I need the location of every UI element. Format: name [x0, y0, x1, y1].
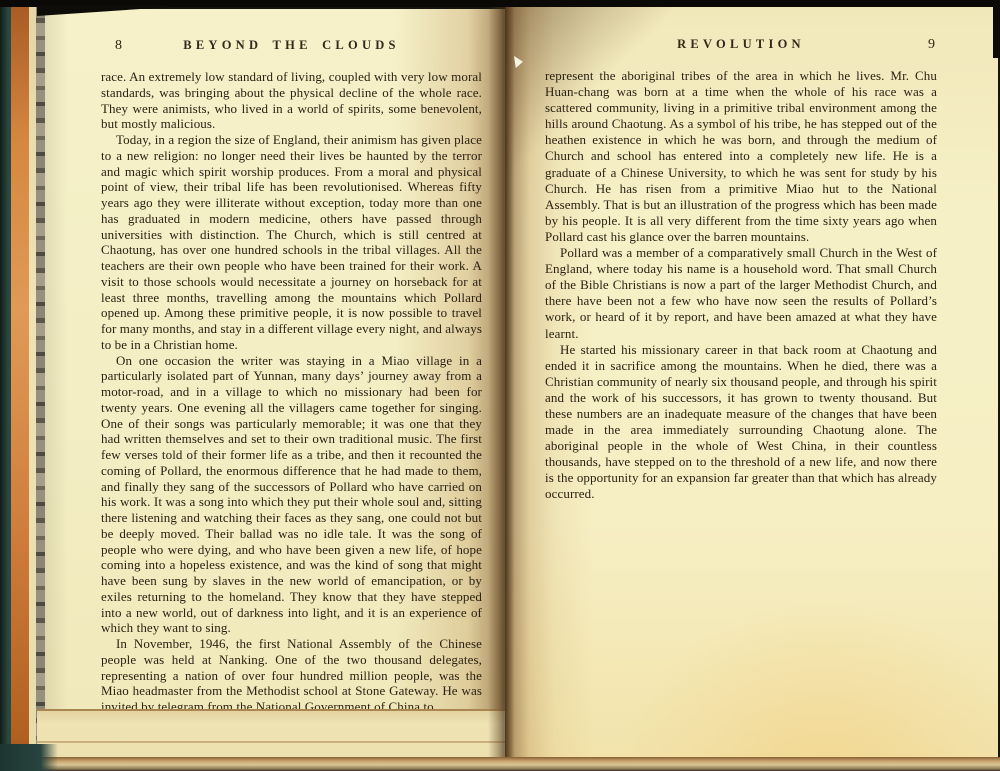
- paragraph: He started his missionary career in that…: [545, 342, 937, 503]
- paragraph: represent the aboriginal tribes of the a…: [545, 68, 937, 245]
- paragraph: On one occasion the writer was staying i…: [101, 353, 482, 637]
- paragraph: In November, 1946, the first National As…: [101, 636, 482, 709]
- paragraph: Today, in a region the size of England, …: [101, 132, 482, 353]
- paragraph: Pollard was a member of a comparatively …: [545, 245, 937, 342]
- right-page-header: REVOLUTION 9: [545, 37, 937, 61]
- book-scan: 8 BEYOND THE CLOUDS race. An extremely l…: [0, 0, 1000, 771]
- running-header-right: REVOLUTION: [545, 37, 937, 52]
- right-page: REVOLUTION 9 represent the aboriginal tr…: [505, 7, 998, 760]
- left-page-header: 8 BEYOND THE CLOUDS: [101, 38, 482, 62]
- paragraph: race. An extremely low standard of livin…: [101, 69, 482, 132]
- page-edges-orange: [11, 3, 31, 769]
- right-page-text: represent the aboriginal tribes of the a…: [545, 68, 937, 503]
- running-header-left: BEYOND THE CLOUDS: [101, 38, 482, 53]
- gutter-shadow: [488, 7, 514, 760]
- left-page-text: race. An extremely low standard of livin…: [101, 69, 482, 709]
- page-number-right: 9: [928, 37, 935, 53]
- bottom-page-edges-left: [37, 709, 505, 763]
- scan-top-right-edge: [993, 0, 1000, 58]
- page-number-left: 8: [115, 38, 122, 54]
- bottom-page-edges: [0, 757, 1000, 771]
- left-page: 8 BEYOND THE CLOUDS race. An extremely l…: [45, 9, 505, 709]
- bottom-left-cover-corner: [0, 744, 58, 771]
- binding-tape: [36, 6, 45, 763]
